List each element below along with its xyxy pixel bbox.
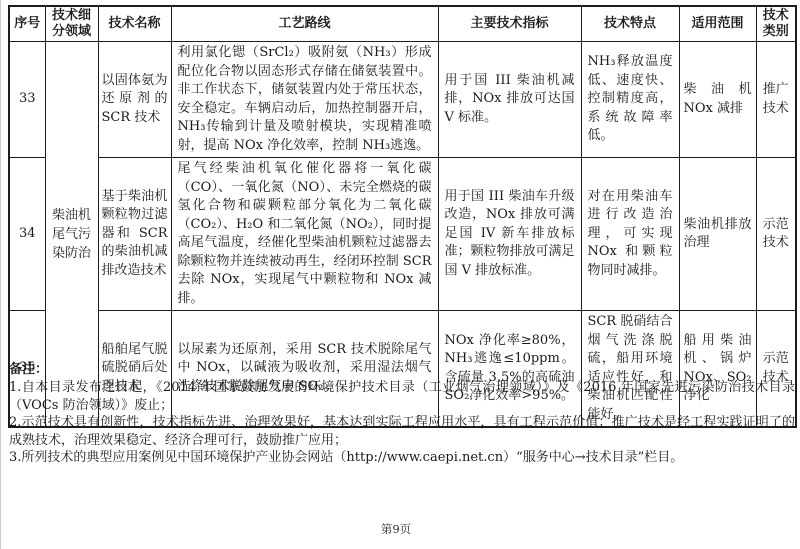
cell-indicators-33: 用于国 III 柴油机减排，NOx 排放可达国 V 标准。 <box>438 42 581 158</box>
cell-no-34: 34 <box>9 158 45 311</box>
cell-features-33: NH₃释放温度低、速度快、控制精度高，系统故障率低。 <box>581 42 679 158</box>
header-tech-name: 技术名称 <box>98 6 171 42</box>
notes-section: 备注： 1.自本目录发布之日起，《2014 年国家鼓励发展的环境保护技术目录（工… <box>9 361 795 467</box>
table-header-row: 序号 技术细分领域 技术名称 工艺路线 主要技术指标 技术特点 适用范围 技术类… <box>9 6 796 42</box>
header-scope: 适用范围 <box>679 6 756 42</box>
note-item-2: 2.示范技术具有创新性，技术指标先进、治理效果好，基本达到实际工程应用水平，具有… <box>9 414 795 449</box>
document-page: 序号 技术细分领域 技术名称 工艺路线 主要技术指标 技术特点 适用范围 技术类… <box>0 0 800 549</box>
header-tech-features: 技术特点 <box>581 6 679 42</box>
header-main-indicators: 主要技术指标 <box>438 6 581 42</box>
notes-title: 备注： <box>9 361 795 379</box>
header-tech-category: 技术类别 <box>756 6 796 42</box>
cell-process-33: 利用氯化锶（SrCl₂）吸附氨（NH₃）形成配位化合物以固态形式存储在储氨装置中… <box>171 42 438 158</box>
cell-name-33: 以固体氨为还原剂的 SCR 技术 <box>98 42 171 158</box>
page-number: 第9页 <box>1 521 791 537</box>
header-process-route: 工艺路线 <box>171 6 438 42</box>
table-row-34: 34 基于柴油机颗粒物过滤器和 SCR 的柴油机减排改造技术 尾气经柴油机氧化催… <box>9 158 796 311</box>
cell-features-34: 对在用柴油车进行改造治理，可实现 NOx 和颗粒物同时减排。 <box>581 158 679 311</box>
note-item-3: 3.所列技术的典型应用案例见中国环境保护产业协会网站（http://www.ca… <box>9 449 795 467</box>
header-tech-subfield: 技术细分领域 <box>45 6 98 42</box>
header-serial-number: 序号 <box>9 6 45 42</box>
cell-scope-33: 柴油机 NOx 减排 <box>679 42 756 158</box>
table-row-33: 33 柴油机尾气污染防治 以固体氨为还原剂的 SCR 技术 利用氯化锶（SrCl… <box>9 42 796 158</box>
cell-process-34: 尾气经柴油机氧化催化器将一氧化碳（CO）、一氧化氮（NO）、未完全燃烧的碳氢化合… <box>171 158 438 311</box>
cell-scope-34: 柴油机排放治理 <box>679 158 756 311</box>
cell-category-33: 推广技术 <box>756 42 796 158</box>
cell-no-33: 33 <box>9 42 45 158</box>
note-item-1: 1.自本目录发布之日起，《2014 年国家鼓励发展的环境保护技术目录（工业烟气治… <box>9 379 795 414</box>
cell-name-34: 基于柴油机颗粒物过滤器和 SCR 的柴油机减排改造技术 <box>98 158 171 311</box>
cell-indicators-34: 用于国 III 柴油车升级改造，NOx 排放可满足国 IV 新车排放标准；颗粒物… <box>438 158 581 311</box>
cell-category-34: 示范技术 <box>756 158 796 311</box>
